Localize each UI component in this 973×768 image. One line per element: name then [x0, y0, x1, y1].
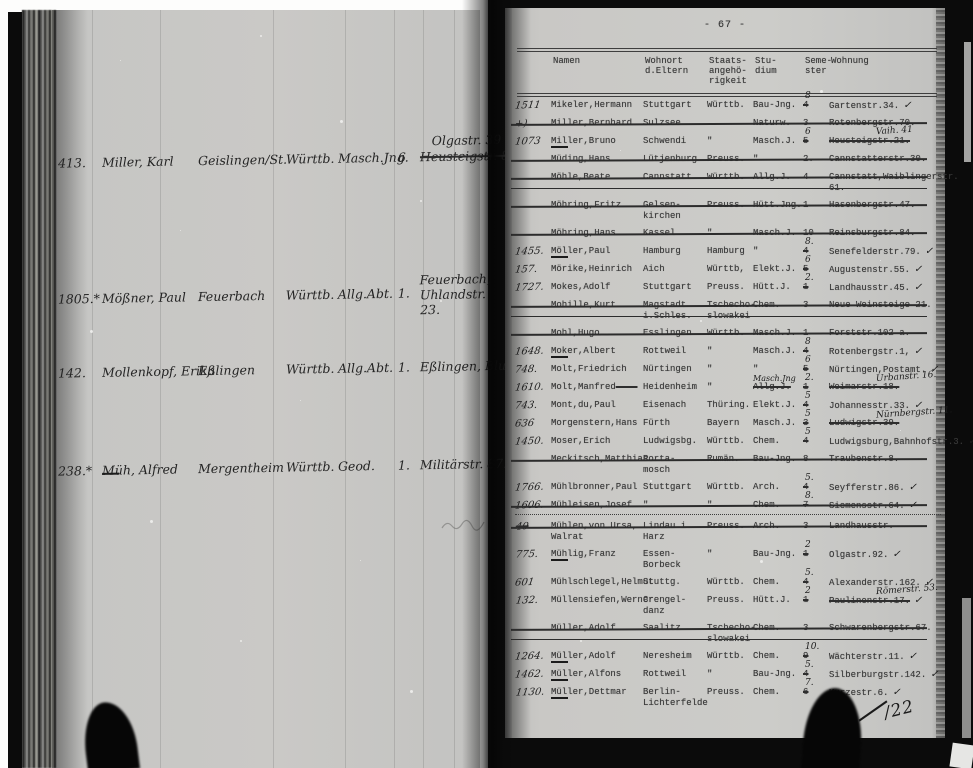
- address-cell: Rotenbergstr.1,✓: [829, 346, 941, 358]
- nationality-text: ": [707, 364, 753, 375]
- residence-text: Schwendi: [643, 136, 707, 147]
- dust-speck: [760, 560, 763, 563]
- study-cell: Chem.: [753, 500, 803, 512]
- nationality-cell: Württb.: [707, 651, 753, 663]
- nationality-cell: Tschecho-slowakei: [707, 623, 753, 645]
- name-cell: Miller, Karl: [102, 153, 198, 170]
- register-row: Mohl,HugoEsslingenWürttb.Masch.J.1Forsts…: [515, 328, 941, 340]
- residence-cell: Esslingen: [643, 328, 707, 340]
- address-cell: Ludwigstr.39.Nürnbergstr. 11.: [829, 418, 941, 430]
- nationality-cell: Württb.: [707, 577, 753, 589]
- register-row: Müding,HansLütjenburgPreuss."2.Cannstatt…: [515, 154, 941, 166]
- nationality-text-line2: slowakei: [707, 634, 753, 645]
- column-header-wohnort: Wohnort d.Eltern: [645, 56, 709, 86]
- study-cell: Chem.: [753, 651, 803, 663]
- header-rule: [517, 48, 937, 49]
- checkmark-icon: ✓: [914, 595, 922, 606]
- name-cell: Mößner, Paul: [102, 289, 199, 323]
- semester-cell: 1: [803, 200, 829, 222]
- address-text: Wächterstr.11.✓: [829, 651, 941, 663]
- address-text: Landhausstr.45.✓: [829, 282, 941, 294]
- residence-text: Nürtingen: [643, 364, 707, 375]
- name-text: Mörike,Heinrich: [551, 264, 643, 275]
- residence-cell: Lütjenburg: [643, 154, 707, 166]
- study-text: Allg.J.: [753, 172, 803, 183]
- semester-cell: 78.: [803, 500, 829, 512]
- residence-text: Magstadt: [643, 300, 707, 311]
- nationality-text: Hamburg: [707, 246, 753, 257]
- name-cell: Mühlschlegel,Helmut: [551, 577, 643, 589]
- study-text: Bau-Jng.: [753, 454, 803, 465]
- name-text: Möhle,Beate: [551, 172, 643, 183]
- nationality-cell: ": [707, 136, 753, 148]
- dust-speck: [650, 480, 652, 482]
- name-text: Mühleisen,Josef: [551, 500, 643, 511]
- nationality-text: ": [707, 228, 753, 239]
- semester-cell: 2.: [803, 154, 829, 166]
- residence-text: Ludwigsbg.: [643, 436, 707, 447]
- name-cell: Mont,du,Paul: [551, 400, 643, 412]
- table-header: Namen Wohnort d.Eltern Staats- angehö- r…: [517, 56, 939, 86]
- page-block-edge-texture: [22, 10, 56, 768]
- nationality-text: ": [707, 669, 753, 680]
- semester-cell: 6: [398, 149, 420, 164]
- address-cell: Cannstatterstr.30.: [829, 154, 941, 166]
- handwritten-row: 413.Miller, KarlGeislingen/St.Württb.Mas…: [58, 148, 474, 170]
- semester-typed: 3: [803, 300, 829, 311]
- row-number: [513, 199, 552, 222]
- address-cell: Forststr.102 a.: [829, 328, 941, 340]
- checkmark-icon: ✓: [909, 651, 917, 662]
- semester-handwritten-correction: 8: [805, 337, 811, 348]
- study-text: ": [753, 154, 803, 165]
- nationality-cell: Rumän.: [707, 454, 753, 476]
- nationality-text: Württb.: [707, 651, 753, 662]
- residence-cell: Eßlingen: [198, 362, 286, 379]
- nationality-cell: Bayern: [707, 418, 753, 430]
- name-text: Müller,Dettmar: [551, 687, 643, 698]
- nationality-text: Tschecho-: [707, 300, 753, 311]
- study-text: Chem.: [753, 500, 803, 511]
- nationality-text: Württb.: [707, 328, 753, 339]
- study-cell: Elekt.J.: [753, 264, 803, 276]
- residence-text: ": [643, 500, 707, 511]
- name-cell: Miller,Bruno: [551, 136, 643, 148]
- name-cell: Möller,Paul: [551, 246, 643, 258]
- name-cell: Mollenkopf, Erika: [102, 363, 198, 380]
- name-text: Müding,Hans: [551, 154, 643, 165]
- nationality-cell: Preuss.: [707, 521, 753, 543]
- row-number: 1610.: [514, 381, 552, 394]
- nationality-text: ": [707, 346, 753, 357]
- semester-handwritten-correction: 7.: [805, 678, 814, 689]
- dust-speck: [620, 150, 621, 151]
- residence-cell: ": [643, 500, 707, 512]
- residence-cell: Kassel: [643, 228, 707, 240]
- nationality-cell: Hamburg: [707, 246, 753, 258]
- residence-text: Stuttgart: [643, 482, 707, 493]
- name-text: Mohille,Kurt: [551, 300, 643, 311]
- name-text: Möller,Paul: [551, 246, 643, 257]
- row-number: 1511: [514, 99, 552, 112]
- row-number: [513, 453, 552, 476]
- ledger-column-line: [454, 10, 455, 768]
- study-text: Elekt.J.: [753, 400, 803, 411]
- address-cell: Augustenstr.55.✓: [829, 264, 941, 276]
- name-text: Mont,du,Paul: [551, 400, 643, 411]
- checkmark-icon: ✓: [968, 436, 973, 447]
- address-text: Landhausstr.: [829, 521, 941, 532]
- study-cell: Bau-Jng.: [753, 454, 803, 476]
- nationality-cell: Tschecho-slowakei: [707, 300, 753, 322]
- residence-cell: Essen-Borbeck: [643, 549, 707, 571]
- study-cell: Allg.J.Masch.Jng: [753, 382, 803, 394]
- nationality-cell: Württb,: [707, 264, 753, 276]
- semester-handwritten-correction: 5: [805, 409, 811, 420]
- residence-cell: Crengel-danz: [643, 595, 707, 617]
- nationality-text: Preuss.: [707, 595, 753, 606]
- row-number: 157.: [514, 263, 552, 276]
- residence-cell: Gelsen-kirchen: [643, 200, 707, 222]
- row-number: 1805.*: [58, 291, 103, 324]
- row-number: 1264.: [514, 650, 552, 663]
- nationality-cell: Preuss.: [707, 154, 753, 166]
- residence-text: Cannstatt: [643, 172, 707, 183]
- row-number: 775.: [513, 548, 552, 571]
- nationality-text: Württb,: [707, 264, 753, 275]
- row-number: 1462.: [514, 668, 552, 681]
- semester-cell: 56: [803, 136, 829, 148]
- residence-cell: Porta-mosch: [643, 454, 707, 476]
- semester-cell: 45: [803, 436, 829, 448]
- row-number: 1450.: [514, 435, 552, 448]
- register-row: 1648.Moker,AlbertRottweil"Masch.J.48Rote…: [515, 346, 941, 358]
- residence-text: Saalitz: [643, 623, 707, 634]
- right-typed-page: - 67 - Namen Wohnort d.Eltern Staats- an…: [505, 8, 945, 738]
- semester-cell: 1.: [398, 285, 421, 317]
- page-number: - 67 -: [505, 20, 945, 31]
- name-cell: Mühlig,Franz: [551, 549, 643, 571]
- name-text: Möhring,Hans: [551, 228, 643, 239]
- nationality-cell: Württb.: [707, 436, 753, 448]
- residence-cell: Geislingen/St.: [198, 152, 286, 169]
- semester-handwritten-correction: 2: [805, 586, 811, 597]
- dust-speck: [300, 400, 301, 401]
- name-text: Miller,Bernhard: [551, 118, 643, 129]
- register-row: 1455.Möller,PaulHamburgHamburg"48.Senefe…: [515, 246, 941, 258]
- register-row: Möhle,BeateCannstattWürttb.Allg.J.4Canns…: [515, 172, 941, 194]
- column-header-wohnung: Wohnung: [831, 56, 939, 86]
- nationality-cell: Württb.: [286, 287, 339, 320]
- semester-handwritten-correction: 8.: [805, 237, 814, 248]
- residence-text: Rottweil: [643, 669, 707, 680]
- name-text: Müllensiefen,Werner: [551, 595, 643, 606]
- study-cell: Arch.: [753, 521, 803, 543]
- register-row: 636Morgenstern,HansFürthBayernMasch.J.35…: [515, 418, 941, 430]
- name-cell: Möhring,Hans: [551, 228, 643, 240]
- semester-handwritten-correction: 6: [805, 127, 811, 138]
- nationality-cell: Preuss.: [707, 595, 753, 617]
- residence-cell: Berlin-Lichterfelde: [643, 687, 707, 709]
- address-cell: Reinsburgstr.84.: [829, 228, 941, 240]
- scan-background-sliver: [949, 743, 973, 768]
- nationality-cell: ": [707, 500, 753, 512]
- name-cell: Mühlen,von Ursa,Walrat: [551, 521, 643, 543]
- address-handwritten-correction: Olgastr. 39: [432, 132, 502, 148]
- row-number: 1648.: [514, 345, 552, 358]
- address-text: Hasenbergstr.47.: [829, 200, 941, 211]
- semester-cell: 12: [803, 595, 829, 617]
- nationality-cell: [707, 118, 753, 130]
- nationality-text: ": [707, 500, 753, 511]
- residence-cell: Sulzsee: [643, 118, 707, 130]
- study-cell: Bau-Jng.: [753, 100, 803, 112]
- register-row: 1610.Molt,Manfred————Heidenheim"Allg.J.M…: [515, 382, 941, 394]
- row-number: 413.: [58, 155, 102, 171]
- address-text: Feuerbach, Uhlandstr. 23.: [419, 271, 491, 317]
- row-number: 743.: [514, 399, 552, 412]
- nationality-cell: Württb.: [286, 459, 338, 475]
- name-text: Möhring,Fritz: [551, 200, 643, 211]
- study-cell: Elekt.J.: [753, 400, 803, 412]
- ledger-column-line: [92, 10, 93, 768]
- address-cell: Landhausstr.: [829, 521, 941, 543]
- study-cell: Bau-Jng.: [753, 669, 803, 681]
- study-cell: Chem.: [753, 623, 803, 645]
- nationality-text: ": [707, 136, 753, 147]
- residence-cell: Stuttg.: [643, 577, 707, 589]
- residence-text: Heidenheim: [643, 382, 707, 393]
- residence-text-line2: i.Schles.: [643, 311, 707, 322]
- study-cell: ": [753, 154, 803, 166]
- semester-cell: 1.: [398, 457, 420, 472]
- name-cell: Müllensiefen,Werner: [551, 595, 643, 617]
- dust-speck: [360, 560, 361, 561]
- name-cell: Müller,Alfons: [551, 669, 643, 681]
- study-text: Hütt.J.: [753, 595, 803, 606]
- dust-speck: [410, 690, 413, 693]
- row-number: 238.*: [58, 463, 102, 479]
- residence-text-line2: Borbeck: [643, 560, 707, 571]
- handwritten-row: 142.Mollenkopf, ErikaEßlingenWürttb.Allg…: [58, 358, 474, 380]
- address-cell: Hasenbergstr.47.: [829, 200, 941, 222]
- checkmark-icon: ✓: [909, 482, 917, 493]
- nationality-cell: ": [707, 669, 753, 681]
- nationality-text: ": [707, 382, 753, 393]
- address-cell: Neue Weinsteige 21.: [829, 300, 941, 322]
- scanned-register-photo: { "page_number": "- 67 -", "corner_mark"…: [0, 0, 973, 768]
- semester-handwritten-correction: 6: [805, 355, 811, 366]
- register-table: 1511Mikeler,HermannStuttgartWürttb.Bau-J…: [515, 100, 941, 715]
- column-header-number: [517, 56, 553, 86]
- residence-cell: Feuerbach: [198, 288, 287, 322]
- checkmark-icon: ✓: [914, 264, 922, 275]
- residence-text: Crengel-: [643, 595, 707, 606]
- study-text: ": [753, 246, 803, 257]
- nationality-cell: Preuss.: [707, 282, 753, 294]
- nationality-cell: Württb.: [707, 172, 753, 194]
- name-cell: Mohl,Hugo: [551, 328, 643, 340]
- study-cell: Masch.J.: [753, 136, 803, 148]
- residence-cell: Mergentheim: [198, 460, 286, 477]
- register-row: Mohille,KurtMagstadti.Schles.Tschecho-sl…: [515, 300, 941, 322]
- column-header-semester: Seme- ster: [805, 56, 831, 86]
- semester-typed: 4: [803, 172, 829, 183]
- semester-cell: 4: [803, 172, 829, 194]
- row-number: 601: [514, 576, 552, 589]
- nationality-text: Württb.: [707, 172, 753, 183]
- nationality-text-line2: slowakei: [707, 311, 753, 322]
- residence-text-line2: danz: [643, 606, 707, 617]
- residence-text: Esslingen: [643, 328, 707, 339]
- nationality-cell: Württb.: [286, 151, 338, 167]
- dust-speck: [820, 90, 823, 93]
- name-cell: Möhring,Fritz: [551, 200, 643, 222]
- address-text: Siemensstr.64.✓: [829, 500, 941, 512]
- study-text: Chem.: [753, 623, 803, 634]
- semester-handwritten-correction: 10.: [805, 642, 819, 653]
- residence-cell: Nürtingen: [643, 364, 707, 376]
- nationality-text: Württb.: [707, 577, 753, 588]
- row-number: 1606.: [514, 499, 552, 512]
- study-cell: Hütt.Jng.: [753, 200, 803, 222]
- nationality-cell: Württb.: [707, 328, 753, 340]
- name-cell: Mikeler,Hermann: [551, 100, 643, 112]
- residence-text: Stuttgart: [643, 100, 707, 111]
- residence-cell: Aich: [643, 264, 707, 276]
- study-cell: Hütt.J.: [753, 282, 803, 294]
- address-cell: Landhausstr.45.✓: [829, 282, 941, 294]
- residence-cell: Fürth: [643, 418, 707, 430]
- address-text: Reinsburgstr.84.: [829, 228, 941, 239]
- semester-cell: 48: [803, 100, 829, 112]
- semester-handwritten-correction: 6: [805, 255, 811, 266]
- residence-cell: Ludwigsbg.: [643, 436, 707, 448]
- residence-cell: Hamburg: [643, 246, 707, 258]
- semester-typed: 1: [803, 200, 829, 211]
- ledger-column-line: [423, 10, 424, 768]
- row-number: 132.: [513, 594, 552, 617]
- study-cell: Chem.: [753, 577, 803, 589]
- name-text: Müller,Adolf: [551, 623, 643, 634]
- name-text: Mikeler,Hermann: [551, 100, 643, 111]
- study-cell: Chem.: [753, 300, 803, 322]
- name-text: Moker,Albert: [551, 346, 643, 357]
- residence-cell: Cannstatt: [643, 172, 707, 194]
- study-text: Hütt.Jng.: [753, 200, 803, 211]
- address-cell: Schwarenbergstr.67.: [829, 623, 941, 645]
- row-number: [513, 622, 552, 645]
- address-cell: Senefelderstr.79.✓: [829, 246, 941, 258]
- semester-handwritten-correction: 5.: [805, 473, 814, 484]
- study-cell: Arch.: [753, 482, 803, 494]
- address-text: Seyfferstr.86.✓: [829, 482, 941, 494]
- semester-handwritten-correction: 2.: [805, 273, 814, 284]
- residence-text: Berlin-: [643, 687, 707, 698]
- handwritten-row: 238.*Müh, AlfredMergentheimWürttb.Geod.1…: [58, 456, 474, 478]
- study-cell: Chem.: [753, 436, 803, 448]
- name-cell: Molt,Manfred————: [551, 382, 643, 394]
- row-number: [514, 227, 552, 240]
- address-text: Silberburgstr.142.✓: [829, 669, 941, 681]
- study-text: Masch.J.: [753, 418, 803, 429]
- semester-typed: 3: [803, 521, 829, 532]
- nationality-cell: Württb.: [707, 482, 753, 494]
- address-text: Senefelderstr.79.✓: [829, 246, 941, 258]
- dust-speck: [180, 230, 181, 231]
- name-text: Meckitsch,Matthias: [551, 454, 643, 465]
- residence-text: Essen-: [643, 549, 707, 560]
- address-cell: Olgastr.92.✓: [829, 549, 941, 571]
- dust-speck: [150, 520, 153, 523]
- nationality-text: Rumän.: [707, 454, 753, 465]
- address-cell: Traubenstr.8.: [829, 454, 941, 476]
- row-number: 748.: [514, 363, 552, 376]
- semester-handwritten-correction: 5.: [805, 660, 814, 671]
- row-number: 142.: [58, 365, 102, 381]
- residence-text: Hamburg: [643, 246, 707, 257]
- study-text: Bau-Jng.: [753, 100, 803, 111]
- study-text: Masch.J.: [753, 346, 803, 357]
- study-cell: Masch.J.: [753, 328, 803, 340]
- address-text: Rotenbergstr.1,✓: [829, 346, 941, 358]
- name-cell: Müding,Hans: [551, 154, 643, 166]
- checkmark-icon: ✓: [892, 687, 900, 698]
- register-row: 1462.Müller,AlfonsRottweil"Bau-Jng.45.Si…: [515, 669, 941, 681]
- study-text: Bau-Jng.: [753, 549, 803, 560]
- register-row: 1511Mikeler,HermannStuttgartWürttb.Bau-J…: [515, 100, 941, 112]
- ledger-column-line: [345, 10, 346, 768]
- row-number: [513, 299, 552, 322]
- nationality-cell: Thüring.: [707, 400, 753, 412]
- name-text: Morgenstern,Hans: [551, 418, 643, 429]
- address-text: Traubenstr.8.: [829, 454, 941, 465]
- study-cell: Chem.: [753, 687, 803, 709]
- study-text: Chem.: [753, 651, 803, 662]
- name-cell: Müller,Dettmar: [551, 687, 643, 709]
- study-cell: Masch.J.: [753, 346, 803, 358]
- study-cell: Masch.Jng.: [338, 150, 398, 166]
- nationality-cell: ": [707, 228, 753, 240]
- study-handwritten-correction: Masch.Jng: [753, 373, 796, 384]
- residence-cell: Schwendi: [643, 136, 707, 148]
- study-text: Masch.J.: [753, 228, 803, 239]
- name-cell: Morgenstern,Hans: [551, 418, 643, 430]
- residence-text: Aich: [643, 264, 707, 275]
- residence-cell: Stuttgart: [643, 282, 707, 294]
- residence-text: Eisenach: [643, 400, 707, 411]
- dust-speck: [900, 430, 901, 431]
- study-text: Arch.: [753, 482, 803, 493]
- dust-speck: [340, 120, 343, 123]
- nationality-text: Württb.: [707, 436, 753, 447]
- study-cell: Naturw.: [753, 118, 803, 130]
- address-text: Schwarenbergstr.67.: [829, 623, 941, 634]
- nationality-text: Württb.: [707, 100, 753, 111]
- row-number: 1455.: [514, 245, 552, 258]
- address-cell: Ludwigsburg,Bahnhofstr.3.✓: [829, 436, 973, 448]
- name-strike-suffix: ————: [616, 382, 638, 393]
- name-text: Molt,Manfred————: [551, 382, 643, 393]
- semester-handwritten-correction: 5: [805, 427, 811, 438]
- address-cell: Siemensstr.64.✓: [829, 500, 941, 512]
- name-cell: Müh, Alfred: [102, 461, 198, 478]
- address-cell: Wächterstr.11.✓: [829, 651, 941, 663]
- nationality-cell: Preuss.: [707, 200, 753, 222]
- study-cell: Allg.J.: [753, 172, 803, 194]
- row-number: [514, 327, 552, 340]
- name-text: Mokes,Adolf: [551, 282, 643, 293]
